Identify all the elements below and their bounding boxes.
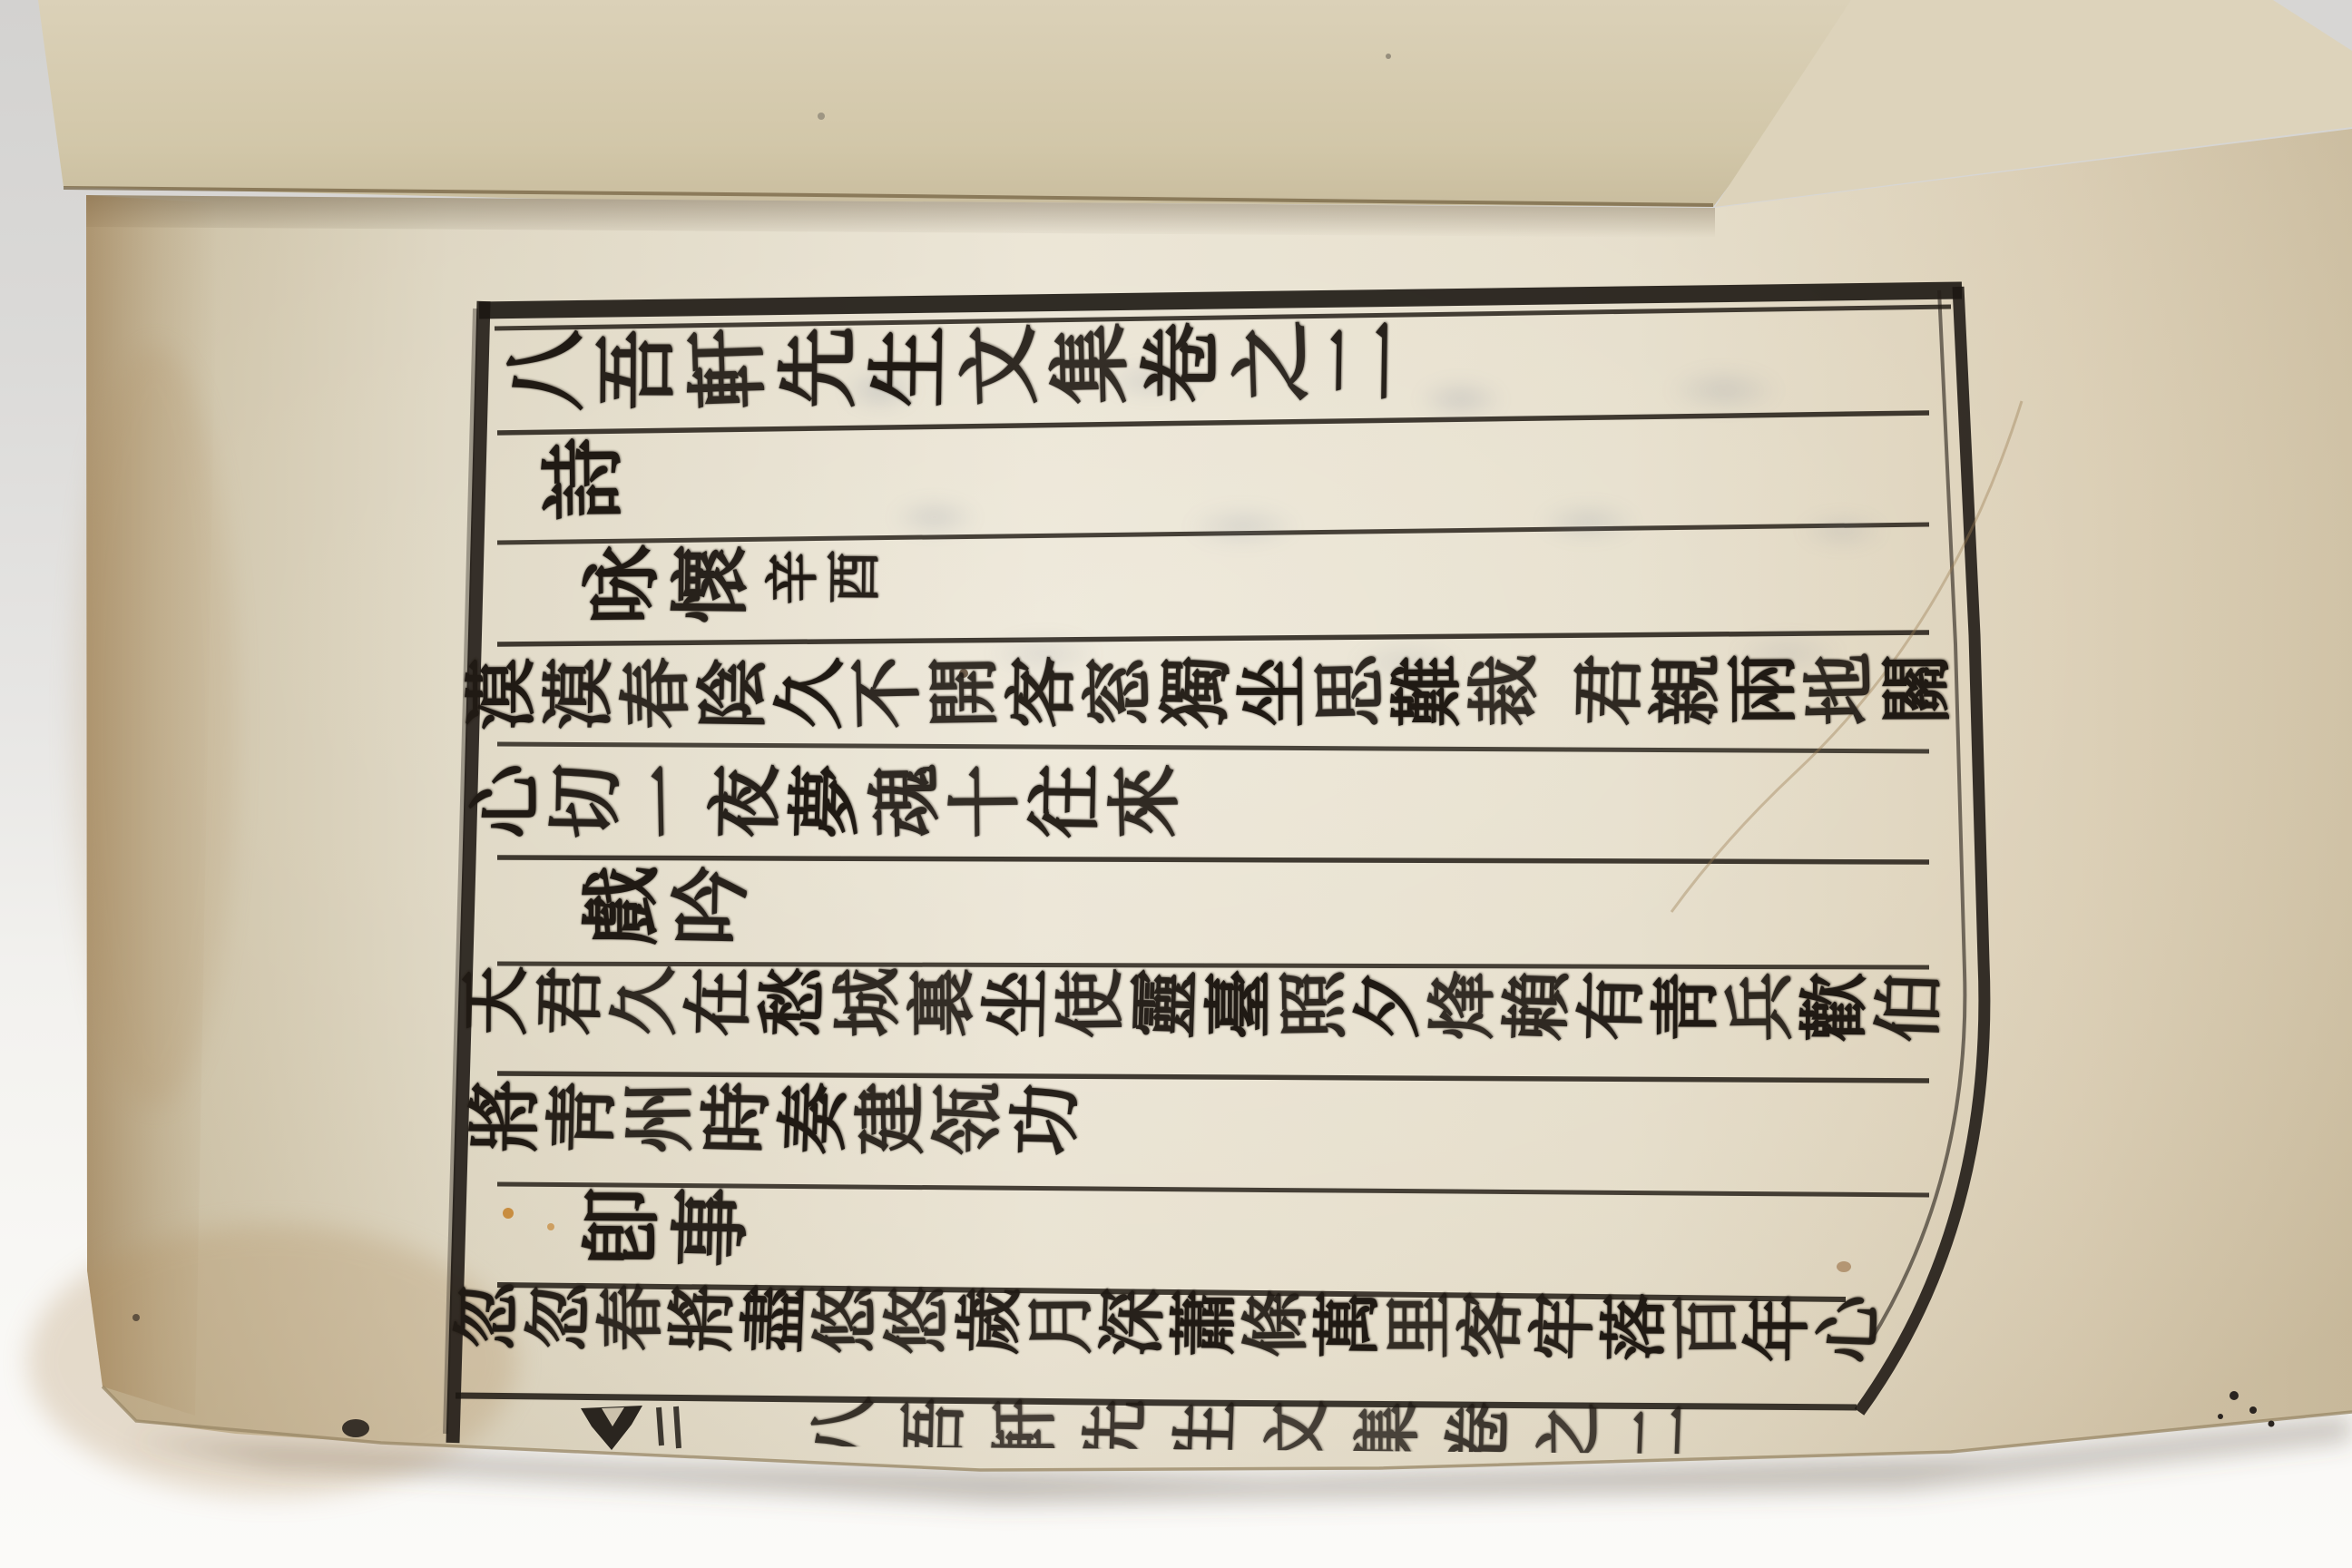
glyph: 百 xyxy=(1672,1291,1741,1364)
glyph: 兵 xyxy=(1726,969,1797,1044)
glyph: 照 xyxy=(1279,967,1350,1043)
glyph: 條 xyxy=(1242,1288,1311,1360)
flipped-page xyxy=(38,0,1851,207)
glyph: 功 xyxy=(1008,1080,1083,1159)
glyph: 文 xyxy=(957,318,1042,412)
glyph: 陰 xyxy=(696,654,769,732)
glyph: 心 xyxy=(1815,1292,1886,1367)
glyph: 忽 xyxy=(524,1280,594,1354)
glyph: 吾 xyxy=(596,324,678,415)
glyph: 蕭 xyxy=(1171,1287,1240,1359)
poem-1-title-row: 咏懷 xyxy=(577,544,756,625)
glyph: 關 xyxy=(1880,651,1953,728)
poem-1-line-row-2: 心切一夜夢魂十往來 xyxy=(466,764,1185,838)
glyph: 軒 xyxy=(992,1396,1060,1455)
glyph: 吾 xyxy=(899,1396,969,1455)
glyph: 夕 xyxy=(1354,967,1424,1042)
glyph: 賴 xyxy=(1502,967,1574,1044)
glyph: 久 xyxy=(610,964,681,1039)
glyph: 君 xyxy=(1571,651,1645,730)
glyph: 忽 xyxy=(454,1279,523,1352)
glyph: 盡 xyxy=(740,1281,810,1356)
glyph: 瓴 xyxy=(931,1081,1004,1158)
book-photo: 八吾軒先生文集卷之二 詩 咏懷 辛酉 漠漠春陰久不開客窓獨坐思難裁君親兩地關 心… xyxy=(0,0,2352,1568)
glyph: 辛 xyxy=(766,546,821,608)
glyph: 卷 xyxy=(1444,1396,1514,1455)
glyph: 建 xyxy=(854,1080,927,1158)
glyph: 深 xyxy=(1098,1285,1169,1359)
glyph: 之 xyxy=(1536,1396,1604,1455)
section-heading-row: 詩 xyxy=(537,436,631,521)
glyph: 裏 xyxy=(907,965,977,1040)
glyph: 心 xyxy=(469,761,544,841)
glyph: 集 xyxy=(1049,318,1132,410)
glyph: 客 xyxy=(1456,1289,1527,1363)
glyph: 親 xyxy=(1649,651,1722,729)
glyph: 開 xyxy=(927,653,1001,731)
glyph: 時 xyxy=(700,1078,774,1157)
glyph: 獨 xyxy=(1158,652,1232,731)
poem-1-date-annotation: 辛酉 xyxy=(762,549,886,604)
glyph: 生 xyxy=(867,320,950,412)
glyph: 夢 xyxy=(788,760,864,842)
glyph: 牢 xyxy=(1528,1289,1598,1363)
glyph: 靈 xyxy=(1130,965,1202,1042)
glyph: 咏 xyxy=(582,540,662,630)
poem-2-line-row-2: 將靑州時奏建瓴功 xyxy=(466,1080,1083,1156)
glyph: 事 xyxy=(670,1181,751,1272)
glyph: 月 xyxy=(1027,1286,1096,1358)
poem-3-title-row: 卽事 xyxy=(577,1186,756,1268)
glyph: 靑 xyxy=(1651,969,1721,1044)
glyph: 集 xyxy=(1355,1396,1422,1455)
glyph: 將 xyxy=(468,1077,542,1154)
glyph: 軒 xyxy=(685,322,769,416)
glyph: 使 xyxy=(1056,965,1127,1041)
glyph: 久 xyxy=(772,653,847,732)
glyph: 難 xyxy=(1390,652,1463,730)
glyph: 兩 xyxy=(1726,651,1798,728)
glyph: 歡 xyxy=(1800,970,1870,1044)
glyph: 二 xyxy=(1321,314,1404,406)
glyph: 卷 xyxy=(1141,318,1222,408)
glyph: 在 xyxy=(684,964,756,1040)
glyph: 懷 xyxy=(671,539,751,629)
glyph: 夜 xyxy=(708,760,784,841)
glyph: 悠 xyxy=(884,1284,952,1356)
glyph: 窓 xyxy=(1082,652,1156,731)
glyph: 萬 xyxy=(1314,1289,1383,1361)
glyph: 酉 xyxy=(828,545,883,608)
glyph: 漠 xyxy=(465,655,537,732)
poem-3-line-row: 忽忽春將盡悠悠歲月深蕭條萬里客牢落百年心 xyxy=(452,1281,1886,1363)
glyph: 生 xyxy=(1171,1396,1242,1455)
glyph: 君 xyxy=(535,963,607,1039)
glyph: 烽 xyxy=(1428,968,1498,1043)
glyph: 地 xyxy=(1803,650,1877,729)
volume-title-row: 八吾軒先生文集卷之二 xyxy=(500,318,1408,412)
glyph: 有 xyxy=(1577,968,1649,1044)
glyph: 坐 xyxy=(982,965,1053,1042)
glyph: 年 xyxy=(1744,1292,1813,1365)
glyph: 先 xyxy=(778,322,859,413)
glyph: 將 xyxy=(668,1281,738,1355)
glyph: 春 xyxy=(597,1281,666,1354)
glyph: 奏 xyxy=(776,1078,851,1158)
glyph: 先 xyxy=(1081,1396,1151,1455)
glyph: 靑 xyxy=(545,1077,620,1156)
glyph: 伯 xyxy=(1874,969,1946,1045)
glyph: 一 xyxy=(628,760,704,842)
glyph: 悠 xyxy=(812,1283,881,1356)
corner-stain xyxy=(27,1225,517,1497)
glyph: 客 xyxy=(1004,653,1078,731)
glyph: 切 xyxy=(548,760,624,841)
glyph: 魂 xyxy=(867,760,944,842)
glyph: 八 xyxy=(809,1396,877,1455)
glyph: 城 xyxy=(833,965,904,1040)
glyph: 來 xyxy=(1107,760,1183,842)
glyph: 吟 xyxy=(670,860,751,951)
glyph: 裁 xyxy=(1467,652,1541,730)
glyph: 卽 xyxy=(582,1181,662,1271)
glyph: 漠 xyxy=(542,654,615,732)
glyph: 里 xyxy=(1386,1289,1454,1361)
glyph: 州 xyxy=(622,1078,696,1156)
glyph: 臺 xyxy=(1205,967,1275,1042)
glyph: 二 xyxy=(1625,1396,1696,1455)
glyph: 十 xyxy=(948,761,1024,842)
glyph: 不 xyxy=(850,653,925,732)
poem-2-title-row: 戲吟 xyxy=(577,866,755,946)
fold-strip-partial-title: 八吾軒先生文集卷之二 xyxy=(799,1396,1706,1455)
poem-2-line-row-1: 天君久在愁城裏坐使靈臺照夕烽賴有靑兵歡伯 xyxy=(459,965,1947,1043)
poem-1-line-row-1: 漠漠春陰久不開客窓獨坐思難裁君親兩地關 xyxy=(463,652,1955,730)
glyph: 往 xyxy=(1027,760,1103,841)
glyph: 詩 xyxy=(541,433,625,526)
glyph: 戲 xyxy=(582,861,661,950)
glyph: 歲 xyxy=(955,1284,1024,1357)
glyph: 坐 xyxy=(1236,652,1308,730)
glyph: 八 xyxy=(505,325,587,416)
glyph: 文 xyxy=(1264,1396,1332,1455)
edge-stain xyxy=(73,345,236,1107)
glyph: 之 xyxy=(1230,315,1314,408)
glyph: 春 xyxy=(619,654,693,733)
glyph: 落 xyxy=(1601,1291,1670,1364)
glyph: 愁 xyxy=(758,964,830,1040)
glyph: 天 xyxy=(461,964,531,1038)
glyph: 思 xyxy=(1313,652,1387,730)
